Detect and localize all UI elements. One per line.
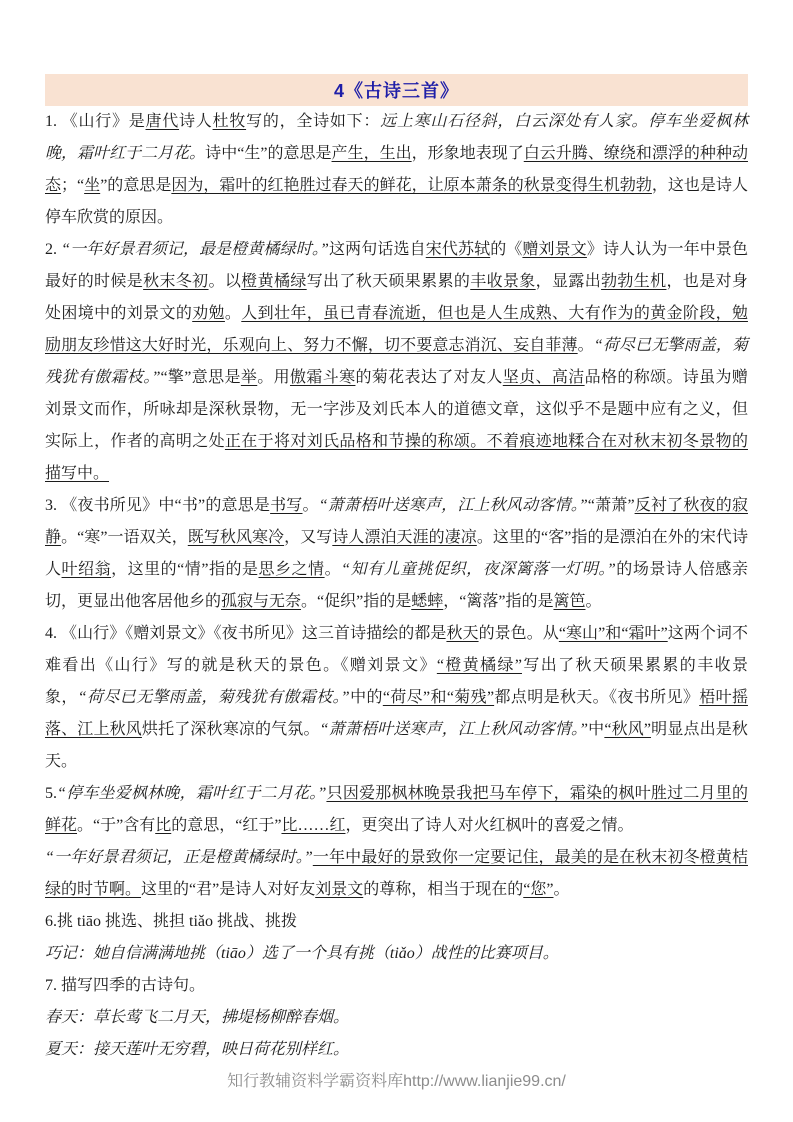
underlined-text: 劝勉 (192, 305, 225, 322)
underlined-text: 赠刘景文 (522, 241, 586, 258)
poem-quote-text: “知有儿童挑促织，夜深篱落一灯明。” (341, 561, 616, 578)
document-body: 1. 《山行》是唐代诗人杜牧写的，全诗如下：远上寒山石径斜，白云深处有人家。停车… (45, 106, 748, 1066)
body-text: 。 (553, 881, 569, 898)
body-text: 。用 (257, 369, 290, 386)
body-text: 。 (578, 337, 594, 354)
body-text: ，“篱落”指的是 (443, 593, 553, 610)
underlined-text: 因为，霜叶的红艳胜过春天的鲜花，让原本萧条的秋景变得生机勃勃 (171, 177, 652, 194)
underlined-text: 坐 (84, 177, 100, 194)
underlined-text: “您” (523, 881, 553, 898)
paragraph: 7. 描写四季的古诗句。 (45, 970, 748, 1002)
body-text: ，这里的“情”指的是 (111, 561, 258, 578)
paragraph: 2. “一年好景君须记，最是橙黄橘绿时。”这两句话选自宋代苏轼的《赠刘景文》诗人… (45, 234, 748, 490)
underlined-text: 秋天 (446, 625, 478, 642)
body-text: 诗人 (179, 113, 213, 130)
poem-quote-text: “荷尽已无擎雨盖，菊残犹有傲霜枝。” (78, 689, 350, 706)
paragraph: 夏天：接天莲叶无穷碧，映日荷花别样红。 (45, 1034, 748, 1066)
poem-quote-text: “一年好景君须记，最是橙黄橘绿时。” (61, 241, 329, 258)
underlined-text: 比 (155, 817, 171, 834)
footer-watermark: 知行教辅资料学霸资料库http://www.lianjie99.cn/ (0, 1066, 793, 1098)
body-text: 。 (225, 305, 241, 322)
paragraph: 4. 《山行》《赠刘景文》《夜书所见》这三首诗描绘的都是秋天的景色。从“寒山”和… (45, 618, 748, 778)
poem-quote-text: “萧萧梧叶送寒声，江上秋风动客情。” (319, 497, 588, 514)
underlined-text: 孤寂与无奈 (221, 593, 301, 610)
underlined-text: 举 (241, 369, 257, 386)
body-text: 烘托了深秋寒凉的气氛。 (142, 721, 320, 738)
body-text: 。 (325, 561, 342, 578)
underlined-text: “秋风” (604, 721, 651, 738)
body-text: ；“ (61, 177, 84, 194)
underlined-text: “橙黄橘绿” (437, 657, 522, 674)
paragraph: 6.挑 tiāo 挑选、挑担 tiǎo 挑战、挑拨 (45, 906, 748, 938)
poem-quote-text: “停车坐爱枫林晚，霜叶红于二月花。” (57, 785, 326, 802)
underlined-text: 丰收景象 (470, 273, 535, 290)
body-text: 中 (588, 721, 604, 738)
underlined-text: 思乡之情 (259, 561, 325, 578)
underlined-text: “荷尽”和“菊残” (383, 689, 494, 706)
body-text: ”的意思是 (100, 177, 171, 194)
body-text: 2. (45, 241, 61, 258)
body-text: 3. 《夜书所见》中“书”的意思是 (45, 497, 270, 514)
underlined-text: “寒山”和“霜叶” (559, 625, 668, 642)
body-text: 的尊称，相当于现在的 (363, 881, 523, 898)
body-text: 。“促织”指的是 (301, 593, 411, 610)
body-text: “擎”意思是 (160, 369, 240, 386)
body-text: 写的，全诗如下： (246, 113, 380, 130)
underlined-text: 产生，生出 (332, 145, 412, 162)
underlined-text: 比……红 (281, 817, 345, 834)
body-text: “萧萧” (588, 497, 635, 514)
underlined-text: 叶绍翁 (62, 561, 112, 578)
body-text: 1. 《山行》是 (45, 113, 146, 130)
body-text: 。以 (209, 273, 242, 290)
body-text: 诗中“生”的意思是 (205, 145, 331, 162)
underlined-text: 诗人漂泊天涯的凄凉 (332, 529, 477, 546)
paragraph: 巧记：她自信满满地挑（tiāo）选了一个具有挑（tiǎo）战性的比赛项目。 (45, 938, 748, 970)
paragraph: “一年好景君须记，正是橙黄橘绿时。”一年中最好的景致你一定要记住，最美的是在秋末… (45, 842, 748, 906)
underlined-text: 书写 (270, 497, 302, 514)
underlined-text: 蟋蟀 (411, 593, 443, 610)
underlined-text: 傲霜斗寒 (290, 369, 355, 386)
body-text: ，又写 (284, 529, 332, 546)
underlined-text: 既写秋风寒冷 (188, 529, 284, 546)
body-text: 5. (45, 785, 57, 802)
body-text: 这里的“君”是诗人对好友 (141, 881, 315, 898)
document-page: 4《古诗三首》 1. 《山行》是唐代诗人杜牧写的，全诗如下：远上寒山石径斜，白云… (0, 0, 793, 1122)
body-text: 。“于”含有 (77, 817, 155, 834)
underlined-text: 秋末冬初 (143, 273, 208, 290)
body-text: 中的 (350, 689, 383, 706)
underlined-text: 宋代苏轼 (426, 241, 490, 258)
body-text: 都点明是秋天。《夜书所见》 (494, 689, 699, 706)
poem-quote-text: 夏天：接天莲叶无穷碧，映日荷花别样红。 (45, 1041, 349, 1058)
underlined-text: 篱笆 (553, 593, 585, 610)
body-text: 的意思，“红于” (171, 817, 281, 834)
body-text: ，形象地表现了 (412, 145, 524, 162)
poem-quote-text: 春天：草长莺飞二月天，拂堤杨柳醉春烟。 (45, 1009, 349, 1026)
underlined-text: 勃勃生机 (601, 273, 666, 290)
poem-quote-text: 巧记：她自信满满地挑（tiāo）选了一个具有挑（tiǎo）战性的比赛项目。 (45, 945, 559, 962)
body-text: 6.挑 tiāo 挑选、挑担 tiǎo 挑战、挑拨 (45, 913, 297, 930)
underlined-text: 坚贞、高洁 (503, 369, 585, 386)
poem-quote-text: “一年好景君须记，正是橙黄橘绿时。” (45, 849, 313, 866)
body-text: 。 (303, 497, 319, 514)
page-title: 4《古诗三首》 (334, 77, 459, 103)
underlined-text: 唐代 (146, 113, 180, 130)
body-text: 7. 描写四季的古诗句。 (45, 977, 205, 994)
footer-text: 知行教辅资料学霸资料库http://www.lianjie99.cn/ (227, 1073, 566, 1090)
paragraph: 1. 《山行》是唐代诗人杜牧写的，全诗如下：远上寒山石径斜，白云深处有人家。停车… (45, 106, 748, 234)
paragraph: 5.“停车坐爱枫林晚，霜叶红于二月花。”只因爱那枫林晚景我把马车停下，霜染的枫叶… (45, 778, 748, 842)
body-text: 4. 《山行》《赠刘景文》《夜书所见》这三首诗描绘的都是 (45, 625, 446, 642)
body-text: 的景色。从 (479, 625, 559, 642)
body-text: 写出了秋天硕果累累的 (307, 273, 471, 290)
paragraph: 春天：草长莺飞二月天，拂堤杨柳醉春烟。 (45, 1002, 748, 1034)
underlined-text: 刘景文 (315, 881, 363, 898)
poem-quote-text: “萧萧梧叶送寒声，江上秋风动客情。” (320, 721, 588, 738)
body-text: 的菊花表达了对友人 (355, 369, 502, 386)
underlined-text: 杜牧 (213, 113, 247, 130)
body-text: ，显露出 (536, 273, 601, 290)
title-banner: 4《古诗三首》 (45, 74, 748, 106)
underlined-text: 橙黄橘绿 (241, 273, 306, 290)
body-text: 这两句话选自 (329, 241, 426, 258)
body-text: 。 (586, 593, 602, 610)
paragraph: 3. 《夜书所见》中“书”的意思是书写。“萧萧梧叶送寒声，江上秋风动客情。”“萧… (45, 490, 748, 618)
body-text: 。“寒”一语双关， (61, 529, 188, 546)
body-text: 的《 (490, 241, 522, 258)
body-text: ，更突出了诗人对火红枫叶的喜爱之情。 (345, 817, 633, 834)
